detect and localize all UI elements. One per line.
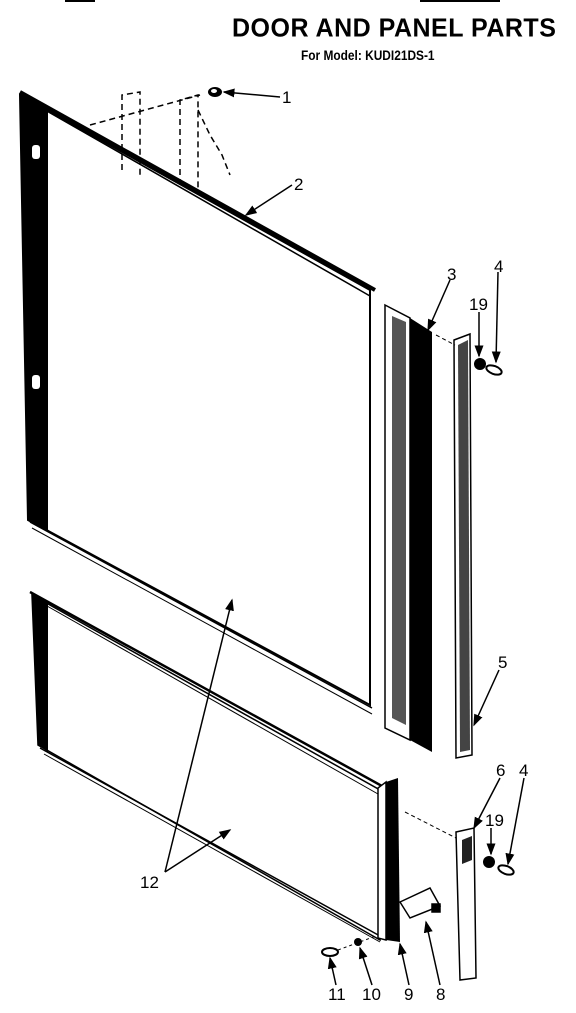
side-trim-upper [436,334,472,758]
upper-fasteners [474,358,503,376]
callout-5: 5 [498,653,507,672]
callout-9: 9 [404,985,413,1004]
callout-1: 1 [282,88,291,107]
callout-11: 11 [328,985,346,1004]
bottom-fasteners [322,936,376,956]
callout-8: 8 [436,985,445,1004]
callout-10: 10 [362,985,381,1004]
screw-part-1 [208,87,222,97]
bracket-part-8 [400,888,440,918]
callout-19-lower: 19 [485,811,504,830]
lower-fasteners [483,856,515,876]
callout-2: 2 [294,175,303,194]
callout-3: 3 [447,265,456,284]
callout-6: 6 [496,761,505,780]
callout-4-upper: 4 [494,257,503,276]
callout-4-lower: 4 [519,761,528,780]
callout-12: 12 [140,873,159,892]
callout-19-upper: 19 [469,295,488,314]
exploded-parts-diagram: 1 2 3 4 19 5 6 4 19 12 11 10 9 8 [0,0,576,1013]
